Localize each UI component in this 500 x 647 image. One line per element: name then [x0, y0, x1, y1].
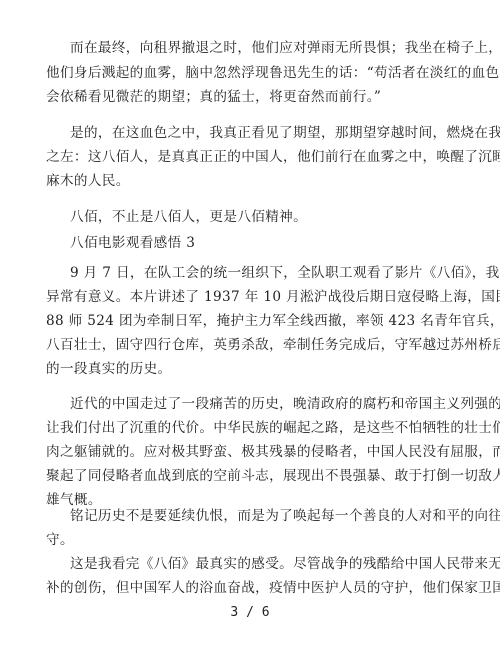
paragraph-5-line-1: 9 月 7 日，在队工会的统一组织下，全队职工观看了影片《八佰》，我觉得: [70, 264, 500, 282]
paragraph-2-line-1: 是的，在这血色之中，我真正看见了期望，那期望穿越时间，燃烧在我胸口: [70, 124, 500, 142]
document-page: 而在最终，向租界撤退之时，他们应对弹雨无所畏惧；我坐在椅子上，看见 他们身后溅起…: [0, 0, 500, 647]
page-indicator: 3 / 6: [0, 605, 500, 621]
paragraph-6-line-2: 让我们付出了沉重的代价。中华民族的崛起之路，是这些不怕牺牲的壮士们用血: [46, 419, 500, 437]
paragraph-1-line-3: 会依稀看见微茫的期望；真的猛士，将更奋然而前行。”: [46, 88, 381, 106]
paragraph-2-line-2: 之左：这八佰人，是真真正正的中国人，他们前行在血雾之中，唤醒了沉睡的、: [46, 148, 500, 166]
paragraph-5-line-2: 异常有意义。本片讲述了 1937 年 10 月淞沪战役后期日寇侵略上海，国民革命…: [46, 288, 500, 306]
paragraph-5-line-4: 八百壮士，固守四行仓库，英勇杀敌，牵制任务完成后，守军越过苏州桥后撤离: [46, 336, 500, 354]
paragraph-6-line-3: 肉之躯铺就的。应对极其野蛮、极其残暴的侵略者，中国人民没有屈服，而是凝: [46, 443, 500, 461]
paragraph-8-line-1: 这是我看完《八佰》最真实的感受。尽管战争的残酷给中国人民带来无法弥: [70, 555, 500, 573]
paragraph-5-line-3: 88 师 524 团为牵制日军，掩护主力军全线西撤，率领 423 名青年官兵，对…: [46, 312, 500, 330]
paragraph-1-line-1: 而在最终，向租界撤退之时，他们应对弹雨无所畏惧；我坐在椅子上，看见: [70, 39, 500, 57]
paragraph-7-line-2: 守。: [46, 531, 74, 549]
paragraph-6-line-4: 聚起了同侵略者血战到底的空前斗志，展现出不畏强暴、敢于打倒一切敌人的英: [46, 467, 500, 485]
paragraph-2-line-3: 麻木的人民。: [46, 172, 130, 190]
paragraph-1-line-2: 他们身后溅起的血雾，脑中忽然浮现鲁迅先生的话：“苟活者在淡红的血色中，: [46, 64, 500, 82]
section-heading: 八佰电影观看感悟 3: [70, 234, 195, 252]
paragraph-8-line-2: 补的创伤，但中国军人的浴血奋战，疫情中医护人员的守护，他们保家卫国，给: [46, 579, 500, 597]
paragraph-6-line-1: 近代的中国走过了一段痛苦的历史，晚清政府的腐朽和帝国主义列强的侵略，: [70, 395, 500, 413]
paragraph-7-line-1: 铭记历史不是要延续仇恨，而是为了唤起每一个善良的人对和平的向往和坚: [70, 507, 500, 525]
paragraph-3-line-1: 八佰，不止是八佰人，更是八佰精神。: [70, 208, 307, 226]
paragraph-5-line-5: 的一段真实的历史。: [46, 360, 172, 378]
